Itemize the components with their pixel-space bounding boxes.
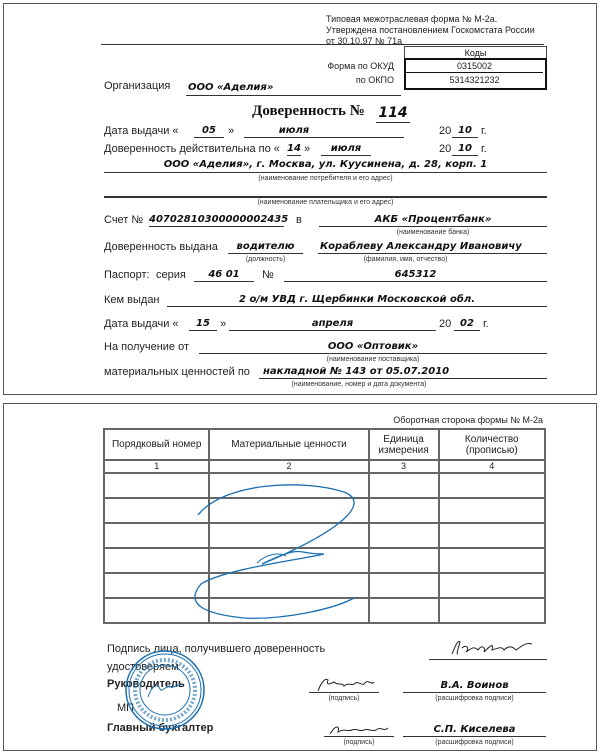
materials-value: накладной № 143 от 05.07.2010	[263, 366, 449, 377]
issued-by-label: Кем выдан	[104, 294, 160, 306]
recipient-signature	[444, 636, 544, 660]
okpo-label: по ОКПО	[356, 75, 394, 85]
organization-value: ООО «Аделия»	[188, 82, 273, 93]
okpo-value: 5314321232	[406, 75, 543, 85]
director-decoding-caption: (расшифровка подписи)	[403, 695, 546, 702]
document-number: 114	[377, 105, 409, 121]
director-name: В.А. Воинов	[403, 680, 546, 691]
issued-to-name: Кораблеву Александру Ивановичу	[320, 241, 522, 252]
accountant-signature-caption: (подпись)	[324, 739, 394, 746]
passport-series: 46 01	[194, 269, 254, 280]
director-signature	[314, 676, 379, 694]
valid-until-year-prefix: 20	[439, 143, 451, 155]
okud-value: 0315002	[406, 61, 543, 71]
company-stamp	[124, 649, 206, 731]
passport-date-close: »	[220, 318, 226, 330]
receive-from-label: На получение от	[104, 341, 189, 353]
organization-label: Организация	[104, 80, 170, 92]
back-page: Оборотная сторона формы № М-2а Порядковы…	[3, 403, 597, 751]
organization-line	[186, 95, 401, 96]
account-value: 40702810300000002435	[149, 214, 284, 225]
valid-until-year: 10	[452, 143, 478, 154]
form-header: Типовая межотраслевая форма № М-2а. Утве…	[326, 14, 535, 47]
codes-divider	[406, 72, 543, 73]
position-caption: (должность)	[228, 256, 303, 263]
passport-date-year-prefix: 20	[439, 318, 451, 330]
consumer-value: ООО «Аделия», г. Москва, ул. Куусинена, …	[104, 159, 547, 170]
issued-by-value: 2 о/м УВД г. Щербинки Московской обл.	[167, 294, 547, 305]
account-in-label: в	[296, 214, 302, 226]
account-label: Счет №	[104, 214, 143, 226]
valid-until-close: »	[304, 143, 310, 155]
receive-from-value: ООО «Оптовик»	[199, 341, 547, 352]
issue-date-month: июля	[244, 125, 344, 136]
issue-date-year-suffix: г.	[481, 125, 487, 137]
bank-caption: (наименование банка)	[319, 229, 547, 236]
issued-to-label: Доверенность выдана	[104, 241, 218, 253]
document-number-line	[376, 122, 410, 123]
supplier-caption: (наименование поставщика)	[199, 356, 547, 363]
header-divider	[101, 44, 544, 45]
issue-date-year: 10	[452, 125, 478, 136]
issue-date-year-prefix: 20	[439, 125, 451, 137]
valid-until-year-suffix: г.	[481, 143, 487, 155]
issue-date-label: Дата выдачи «	[104, 125, 179, 137]
front-page: Типовая межотраслевая форма № М-2а. Утве…	[3, 3, 597, 395]
okud-label: Форма по ОКУД	[327, 61, 394, 71]
accountant-name: С.П. Киселева	[403, 724, 546, 735]
passport-label: Паспорт:	[104, 269, 150, 281]
director-signature-caption: (подпись)	[309, 695, 379, 702]
passport-date-day: 15	[189, 318, 217, 329]
passport-date-label: Дата выдачи «	[104, 318, 179, 330]
materials-label: материальных ценностей по	[104, 366, 250, 378]
passport-date-year-suffix: г.	[483, 318, 489, 330]
passport-number-label: №	[262, 269, 274, 281]
passport-number: 645312	[284, 269, 547, 280]
accountant-decoding-caption: (расшифровка подписи)	[403, 739, 546, 746]
passport-series-label: серия	[156, 269, 186, 281]
bank-value: АКБ «Процентбанк»	[319, 214, 547, 225]
payer-caption: (наименование плательщика и его адрес)	[104, 199, 547, 206]
passport-date-month: апреля	[229, 318, 436, 329]
consumer-caption: (наименование потребителя и его адрес)	[104, 175, 547, 182]
valid-until-day: 14	[286, 143, 302, 154]
issue-date-close: »	[228, 125, 234, 137]
name-caption: (фамилия, имя, отчество)	[318, 256, 493, 263]
valid-until-month: июля	[321, 143, 371, 154]
valid-until-label: Доверенность действительна по «	[104, 143, 280, 155]
document-title: Доверенность №	[252, 103, 365, 120]
passport-date-year: 02	[454, 318, 480, 329]
accountant-signature	[326, 720, 394, 738]
document-caption: (наименование, номер и дата документа)	[259, 381, 459, 388]
issue-date-day: 05	[194, 125, 224, 136]
issued-to-position: водителю	[228, 241, 303, 252]
